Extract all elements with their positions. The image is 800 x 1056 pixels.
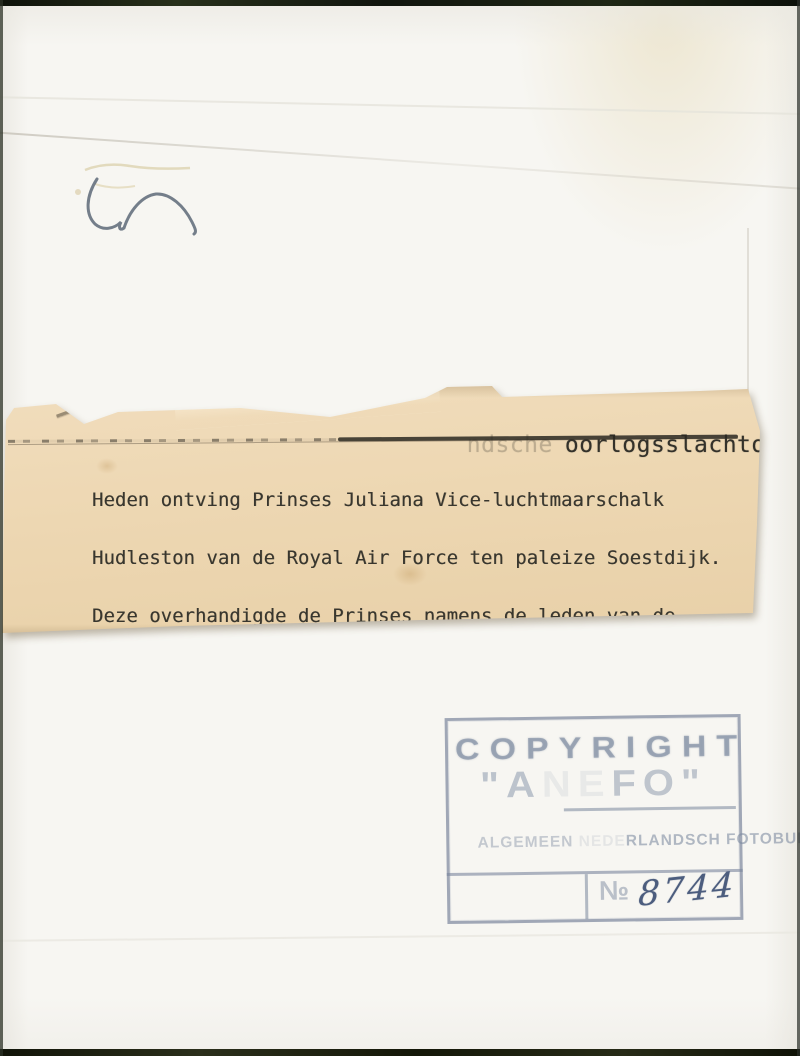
stamp-number-label: № [599,876,631,907]
stamp-number-handwritten: 8744 [638,865,738,915]
stamp-number: № 8744 [599,874,737,911]
stamp-agency-end: FO" [611,762,707,804]
caption-line: Deze overhandigde de Prinses namens de l… [92,607,721,626]
photo-back-scan: ndscheoorlogsslachtoffers. Heden ontving… [0,0,800,1056]
caption-line: Hudleston van de Royal Air Force ten pal… [92,549,721,568]
caption-slip: ndscheoorlogsslachtoffers. Heden ontving… [0,384,764,636]
stamp-subtitle-start: ALGEMEEN [477,833,578,851]
copyright-stamp: COPYRIGHT "ANEFO" ALGEMEEN NEDERLANDSCH … [445,714,744,924]
stamp-agency-faded: NE [542,764,612,805]
slip-tear-shadow [56,385,138,417]
stamp-subtitle-end: RLANDSCH FOTOBUREAU [626,829,800,849]
stamp-agency-subtitle: ALGEMEEN NEDERLANDSCH FOTOBUREAU [446,813,743,871]
stamp-subtitle-faded: NEDE [579,833,626,851]
scan-edge-bottom [0,1049,800,1056]
scan-edge-left [0,0,3,1056]
caption-line: Heden ontving Prinses Juliana Vice-lucht… [92,491,721,510]
stamp-agency-name: "ANEFO" [445,762,742,808]
scan-edge-top [0,0,800,6]
pencil-scribble-mark [60,140,280,260]
caption-slip-paper: ndscheoorlogsslachtoffers. Heden ontving… [0,384,764,636]
stamp-divider [585,874,589,919]
stamp-agency-start: "A [480,765,542,806]
